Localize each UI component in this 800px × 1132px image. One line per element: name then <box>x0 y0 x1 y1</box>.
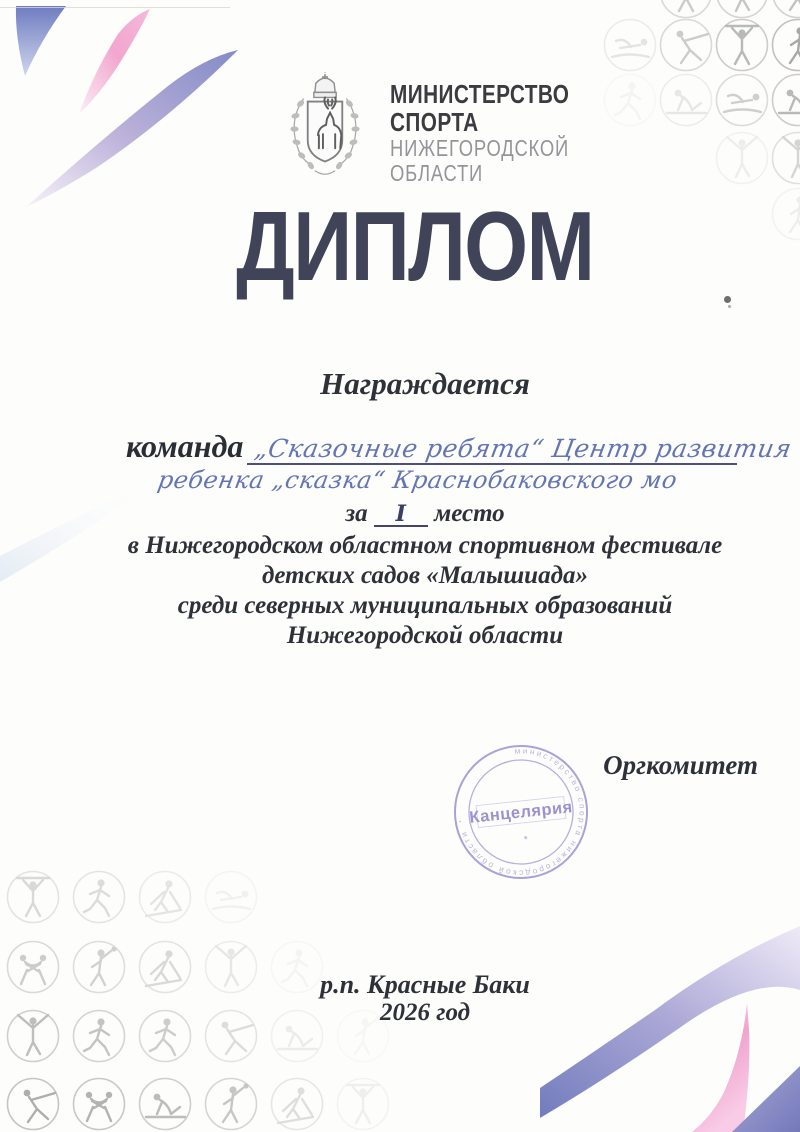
event-description-line4: Нижегородской области <box>25 621 800 651</box>
swimmer-pictogram-icon <box>206 872 257 923</box>
ministry-header: МИНИСТЕРСТВО СПОРТА НИЖЕГОРОДСКОЙ ОБЛАСТ… <box>270 70 614 190</box>
hockey-player-pictogram-icon <box>8 1079 59 1130</box>
scan-edge-artifact <box>0 7 230 8</box>
boxer-pictogram-icon <box>773 20 800 71</box>
ribbon-pink-petal-shape <box>79 9 150 114</box>
region-name-line1: НИЖЕГОРОДСКОЙ <box>390 136 569 161</box>
scan-speck-artifact <box>728 305 731 308</box>
gymnast-pictogram-icon <box>717 0 768 18</box>
scan-speck-artifact <box>724 296 731 303</box>
skier-pictogram-icon <box>272 1079 323 1130</box>
ball-player-pictogram-icon <box>773 0 800 18</box>
weightlifter-pictogram-icon <box>338 1079 389 1130</box>
awarded-label: Награждается <box>25 366 800 402</box>
pole-vaulter-pictogram-icon <box>140 1079 191 1130</box>
place-suffix: место <box>434 500 505 527</box>
place-prefix: за <box>345 500 367 527</box>
ribbon-blue-corner-shape <box>16 6 66 76</box>
gymnast-pictogram-icon <box>717 133 768 184</box>
team-name-handwritten-line1: „Сказочные ребята“ Центр развития <box>253 434 795 463</box>
ribbon-blue-band-shape <box>26 50 238 207</box>
dancer-pictogram-icon <box>773 133 800 184</box>
team-name-handwritten-line2: ребенка „сказка“ Краснобаковского мо <box>156 466 680 494</box>
swimmer-pictogram-icon <box>605 20 656 71</box>
issue-location: р.п. Красные Баки <box>25 970 800 1000</box>
runner-pictogram-icon <box>74 872 125 923</box>
ministry-name-line2: СПОРТА <box>390 108 569 136</box>
team-label: команда <box>126 428 243 464</box>
ribbon-blue-corner-triangle-br <box>732 1066 800 1132</box>
ministry-name-line1: МИНИСТЕРСТВО <box>390 80 569 108</box>
weightlifter-pictogram-icon <box>717 20 768 71</box>
ball-player-pictogram-icon <box>206 1079 257 1130</box>
event-description-line3: среди северных муниципальных образований <box>25 591 800 621</box>
gymnast-beam-pictogram-icon <box>661 75 712 126</box>
organizing-committee-label: Оргкомитет <box>603 750 758 781</box>
diploma-title: ДИПЛОМ <box>58 196 772 296</box>
event-description-line1: в Нижегородском областном спортивном фес… <box>25 531 800 561</box>
chancellery-stamp: министерство спорта нижегородской област… <box>451 742 591 882</box>
ministry-name-block: МИНИСТЕРСТВО СПОРТА НИЖЕГОРОДСКОЙ ОБЛАСТ… <box>390 80 569 186</box>
gymnast-beam-pictogram-icon <box>773 75 800 126</box>
weightlifter-pictogram-icon <box>8 872 59 923</box>
ball-player-pictogram-icon <box>773 189 800 240</box>
nizhny-novgorod-coat-of-arms <box>270 70 380 190</box>
place-line: за I место <box>25 500 800 528</box>
place-value-handwritten: I <box>374 503 428 527</box>
region-name-line2: ОБЛАСТИ <box>390 161 569 186</box>
team-name-underline: „Сказочные ребята“ Центр развития <box>247 434 737 465</box>
swimmer-pictogram-icon <box>717 75 768 126</box>
weightlifter-pictogram-icon <box>661 0 712 18</box>
skier-pictogram-icon <box>140 872 191 923</box>
wrestlers-pictogram-icon <box>74 1079 125 1130</box>
fencer-pictogram-icon <box>661 20 712 71</box>
team-line: команда„Сказочные ребята“ Центр развития <box>126 428 776 465</box>
stamp-center-text: Канцелярия <box>469 798 574 827</box>
issue-year: 2026 год <box>25 999 800 1027</box>
diploma-document: МИНИСТЕРСТВО СПОРТА НИЖЕГОРОДСКОЙ ОБЛАСТ… <box>0 0 800 1132</box>
event-description-line2: детских садов «Малышиада» <box>25 561 800 591</box>
